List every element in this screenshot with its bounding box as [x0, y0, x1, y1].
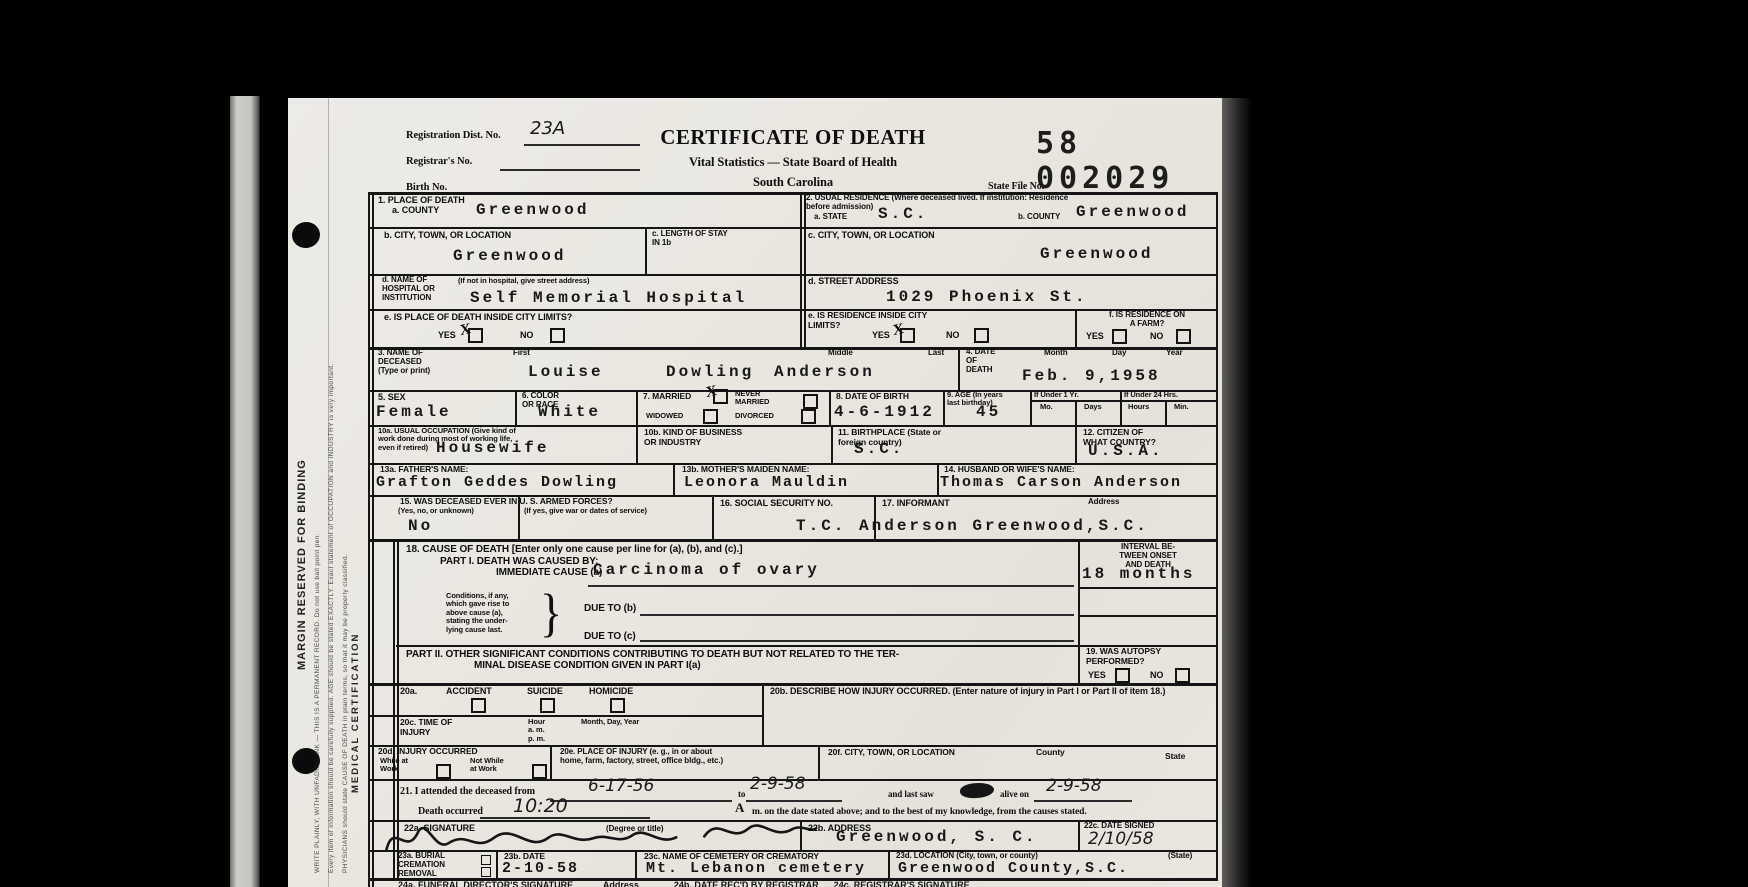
street-address-label: d. STREET ADDRESS: [808, 276, 898, 286]
farm-no: NO: [1150, 331, 1163, 341]
under-1yr-days: Days: [1084, 403, 1102, 411]
suicide-label: SUICIDE: [527, 686, 563, 696]
autopsy-no: NO: [1150, 670, 1163, 680]
grid-line: [1165, 400, 1167, 425]
grid-line: [800, 192, 802, 347]
armed-forces-value: No: [408, 518, 433, 535]
registrar-line: [500, 169, 640, 171]
grid-line: [958, 347, 960, 390]
grid-line: [1078, 820, 1080, 850]
margin-binding-note: MARGIN RESERVED FOR BINDING: [296, 330, 308, 670]
adjacent-page-edge: [230, 96, 260, 887]
attended-to-label: to: [738, 789, 745, 799]
grid-line: [1080, 615, 1216, 617]
residence-inside-city-yes: YES: [872, 330, 890, 340]
grid-line: [762, 683, 764, 745]
residence-city-label: c. CITY, TOWN, OR LOCATION: [808, 230, 935, 240]
hospital-note: (If not in hospital, give street address…: [458, 277, 589, 285]
under-24hrs-hours: Hours: [1128, 403, 1149, 411]
injury-city-label: 20f. CITY, TOWN, OR LOCATION: [828, 748, 955, 758]
grid-line: [943, 390, 945, 425]
under-1yr-mo: Mo.: [1040, 403, 1053, 411]
address-value: Greenwood, S. C.: [836, 829, 1038, 846]
spouse-name-value: Thomas Carson Anderson: [940, 475, 1182, 491]
hospital-label: d. NAME OF HOSPITAL OR INSTITUTION: [382, 276, 435, 303]
informant-label: 17. INFORMANT: [882, 498, 950, 508]
checkbox-death-inside-city-no: [550, 328, 565, 343]
conditions-note: Conditions, if any, which gave rise to a…: [446, 592, 509, 634]
paper-shadow: [1222, 98, 1252, 887]
city-town-label: b. CITY, TOWN, OR LOCATION: [384, 230, 511, 240]
date-of-death-value: Feb. 9,1958: [1022, 368, 1161, 385]
date-signed-value: 2/10/58: [1088, 829, 1154, 849]
residence-state-label: a. STATE: [814, 213, 847, 222]
hospital-value: Self Memorial Hospital: [470, 290, 747, 307]
part2-line2: MINAL DISEASE CONDITION GIVEN IN PART I(…: [474, 660, 701, 671]
armed-forces-sub1: (Yes, no, or unknown): [398, 507, 474, 515]
sex-label: 5. SEX: [378, 392, 405, 402]
name-middle-value: Dowling: [666, 364, 754, 381]
county-label: a. COUNTY: [392, 205, 439, 215]
under-24hrs-header: If Under 24 Hrs.: [1124, 391, 1178, 399]
cemetery-location-value: Greenwood County,S.C.: [898, 861, 1129, 877]
grid-line: [368, 745, 1218, 747]
residence-farm-label: f. IS RESIDENCE ON A FARM?: [1082, 311, 1212, 329]
name-last-value: Anderson: [774, 364, 875, 381]
occupation-value: Housewife: [436, 440, 549, 457]
death-inside-city-label: e. IS PLACE OF DEATH INSIDE CITY LIMITS?: [384, 312, 572, 322]
attended-from-line: [550, 800, 732, 802]
death-certificate-scan: MARGIN RESERVED FOR BINDING WRITE PLAINL…: [288, 98, 1222, 887]
residence-county-value: Greenwood: [1076, 204, 1189, 221]
injury-state-header: State: [1165, 752, 1185, 762]
cause-of-death-label: 18. CAUSE OF DEATH [Enter only one cause…: [406, 544, 742, 555]
death-inside-city-no: NO: [520, 330, 533, 340]
residence-city-value: Greenwood: [1040, 246, 1153, 263]
grid-line: [831, 425, 833, 463]
checkbox-residence-inside-city-no: [974, 328, 989, 343]
street-address-value: 1029 Phoenix St.: [886, 289, 1088, 306]
checkbox-burial: [481, 855, 491, 865]
due-to-b-label: DUE TO (b): [584, 603, 636, 614]
married-label: 7. MARRIED: [643, 392, 691, 402]
check-x-mark: X: [892, 321, 904, 340]
scribble-mark: [959, 782, 994, 800]
check-x-mark: X: [705, 383, 717, 402]
homicide-label: HOMICIDE: [589, 686, 633, 696]
checkbox-not-while-at-work: [532, 764, 547, 779]
citizen-value: U.S.A.: [1088, 443, 1164, 460]
place-of-death-title: 1. PLACE OF DEATH: [378, 195, 465, 205]
checkbox-accident: [471, 698, 486, 713]
checkbox-divorced: [801, 409, 816, 424]
autopsy-label: 19. WAS AUTOPSY PERFORMED?: [1086, 647, 1161, 666]
last-alive-value: 2-9-58: [1046, 776, 1102, 796]
certificate-title: CERTIFICATE OF DEATH: [643, 126, 943, 150]
length-of-stay-label: c. LENGTH OF STAY IN 1b: [652, 230, 728, 248]
state-name: South Carolina: [643, 175, 943, 189]
check-x-mark: X: [459, 321, 471, 340]
grid-line: [515, 390, 517, 425]
checkbox-autopsy-yes: [1115, 668, 1130, 683]
injury-county-header: County: [1036, 748, 1065, 758]
informant-address-header: Address: [1088, 498, 1119, 507]
margin-medical-certification-label: MEDICAL CERTIFICATION: [350, 593, 361, 793]
residence-state-value: S.C.: [878, 206, 928, 223]
time-of-injury-date: Month, Day, Year: [581, 718, 639, 726]
birthplace-value: S.C.: [854, 441, 904, 458]
reg-dist-line: [524, 144, 640, 146]
checkbox-while-at-work: [436, 764, 451, 779]
reg-dist-label: Registration Dist. No.: [406, 130, 501, 142]
under-1yr-header: If Under 1 Yr.: [1034, 391, 1079, 399]
last-alive-line: [1034, 800, 1132, 802]
widowed-label: WIDOWED: [646, 412, 683, 420]
interval-value: 18 months: [1082, 566, 1195, 583]
informant-value: T.C. Anderson Greenwood,S.C.: [796, 518, 1149, 535]
grid-line: [804, 192, 806, 347]
mother-name-value: Leonora Mauldin: [684, 475, 849, 491]
name-first-value: Louise: [528, 364, 604, 381]
margin-instructions-col2: Every item of information should be care…: [328, 113, 335, 873]
grid-line: [368, 390, 1218, 392]
cemetery-location-state-label: (State): [1168, 852, 1192, 861]
due-to-c-label: DUE TO (c): [584, 631, 636, 642]
name-first-header: First: [513, 349, 530, 358]
checkbox-farm-no: [1176, 329, 1191, 344]
grid-line: [1030, 400, 1218, 402]
business-label: 10b. KIND OF BUSINESS OR INDUSTRY: [644, 428, 742, 447]
checkbox-farm-yes: [1112, 329, 1127, 344]
grid-line: [1075, 309, 1077, 347]
residence-inside-city-no: NO: [946, 330, 959, 340]
cause-line-c: [640, 640, 1074, 642]
grid-line: [937, 463, 939, 495]
time-of-injury-hour: Hour a. m. p. m.: [528, 718, 545, 743]
father-name-value: Grafton Geddes Dowling: [376, 475, 618, 491]
checkbox-never-married: [803, 394, 818, 409]
margin-instructions-col3: PHYSICIANS should state CAUSE OF DEATH i…: [342, 113, 349, 873]
last-saw-label: and last saw: [888, 789, 934, 799]
screenshot-stage: MARGIN RESERVED FOR BINDING WRITE PLAINL…: [0, 0, 1748, 887]
attended-to-value: 2-9-58: [750, 774, 806, 794]
residence-county-label: b. COUNTY: [1018, 213, 1060, 222]
farm-yes: YES: [1086, 331, 1104, 341]
margin-instructions-col1: WRITE PLAINLY, WITH UNFADING INK — THIS …: [314, 113, 321, 873]
divorced-label: DIVORCED: [735, 412, 774, 420]
time-of-injury-label: 20c. TIME OF INJURY: [400, 718, 452, 737]
grid-line: [368, 227, 1218, 229]
checkbox-homicide: [610, 698, 625, 713]
grid-line: [818, 745, 820, 779]
certificate-subtitle: Vital Statistics — State Board of Health: [643, 155, 943, 169]
color-race-value: White: [538, 404, 601, 421]
grid-line: [1078, 539, 1080, 683]
grid-line: [1080, 587, 1216, 589]
grid-line: [550, 745, 552, 779]
date-month-header: Month: [1044, 349, 1068, 358]
burial-cremation-label: 23a. BURIAL CREMATION REMOVAL: [398, 852, 445, 879]
attended-to-line: [746, 800, 842, 802]
date-of-death-label: 4. DATE OF DEATH: [966, 348, 995, 375]
cause-line-b: [640, 614, 1074, 616]
state-file-no-label: State File No.: [988, 181, 1044, 192]
conditions-brace: }: [540, 582, 562, 643]
county-value: Greenwood: [476, 202, 589, 219]
city-town-value: Greenwood: [453, 248, 566, 265]
date-year-header: Year: [1166, 349, 1183, 358]
attended-from-value: 6-17-56: [588, 776, 654, 796]
reg-dist-value: 23A: [530, 118, 565, 139]
grid-line: [1075, 400, 1077, 425]
grid-line: [888, 850, 890, 878]
date-of-birth-value: 4-6-1912: [834, 404, 935, 421]
part2-line1: PART II. OTHER SIGNIFICANT CONDITIONS CO…: [406, 649, 899, 660]
checkbox-suicide: [540, 698, 555, 713]
alive-on-label: alive on: [1000, 789, 1029, 799]
grid-line: [368, 347, 1218, 350]
registrar-label: Registrar's No.: [406, 156, 472, 168]
cause-line-a: [588, 585, 1074, 587]
grid-line: [368, 539, 1218, 542]
cut-off-row-24: 24a. FUNERAL DIRECTOR'S SIGNATURE Addres…: [398, 880, 970, 887]
name-of-deceased-label: 3. NAME OF DECEASED (Type or print): [378, 349, 430, 376]
cemetery-name-value: Mt. Lebanon cemetery: [646, 861, 866, 877]
immediate-cause-value: Carcinoma of ovary: [593, 562, 820, 579]
grid-line: [712, 495, 714, 539]
grid-line: [1030, 390, 1032, 425]
usual-residence-title: 2. USUAL RESIDENCE (Where deceased lived…: [806, 194, 1068, 212]
checkbox-autopsy-no: [1175, 668, 1190, 683]
injury-not-while-at-work: Not While at Work: [470, 757, 504, 774]
date-of-birth-label: 8. DATE OF BIRTH: [836, 392, 909, 402]
injury-while-at-work: While at Work: [380, 757, 408, 774]
name-middle-header: Middle: [828, 349, 853, 358]
grid-line: [673, 463, 675, 495]
checkbox-cremation: [481, 867, 491, 877]
grid-line: [368, 192, 1218, 195]
grid-line: [635, 850, 637, 878]
grid-line: [636, 390, 638, 463]
name-last-header: Last: [928, 349, 944, 358]
autopsy-yes: YES: [1088, 670, 1106, 680]
armed-forces-sub2: (If yes, give war or dates of service): [524, 507, 647, 515]
burial-date-value: 2-10-58: [502, 861, 579, 877]
accident-label: ACCIDENT: [446, 686, 492, 696]
part1-label: PART I. DEATH WAS CAUSED BY:: [440, 556, 598, 567]
date-day-header: Day: [1112, 349, 1126, 358]
ssn-label: 16. SOCIAL SECURITY NO.: [720, 498, 833, 508]
death-inside-city-yes: YES: [438, 330, 456, 340]
describe-injury-label: 20b. DESCRIBE HOW INJURY OCCURRED. (Ente…: [770, 686, 1165, 696]
grid-line: [1075, 425, 1077, 463]
sex-value: Female: [376, 404, 452, 421]
grid-line: [829, 390, 831, 425]
item-20a-number: 20a.: [400, 686, 417, 696]
grid-line: [1120, 390, 1122, 425]
under-24hrs-min: Min.: [1174, 403, 1189, 411]
immediate-cause-label: IMMEDIATE CAUSE (a): [496, 567, 602, 578]
checkbox-widowed: [703, 409, 718, 424]
never-married-label: NEVER MARRIED: [735, 390, 769, 407]
grid-line: [645, 227, 647, 274]
place-of-injury-label: 20e. PLACE OF INJURY (e. g., in or about…: [560, 748, 723, 766]
file-number-stamp: 58 002029: [1036, 126, 1222, 196]
grid-line: [1216, 192, 1218, 878]
age-value: 45: [976, 404, 1001, 421]
